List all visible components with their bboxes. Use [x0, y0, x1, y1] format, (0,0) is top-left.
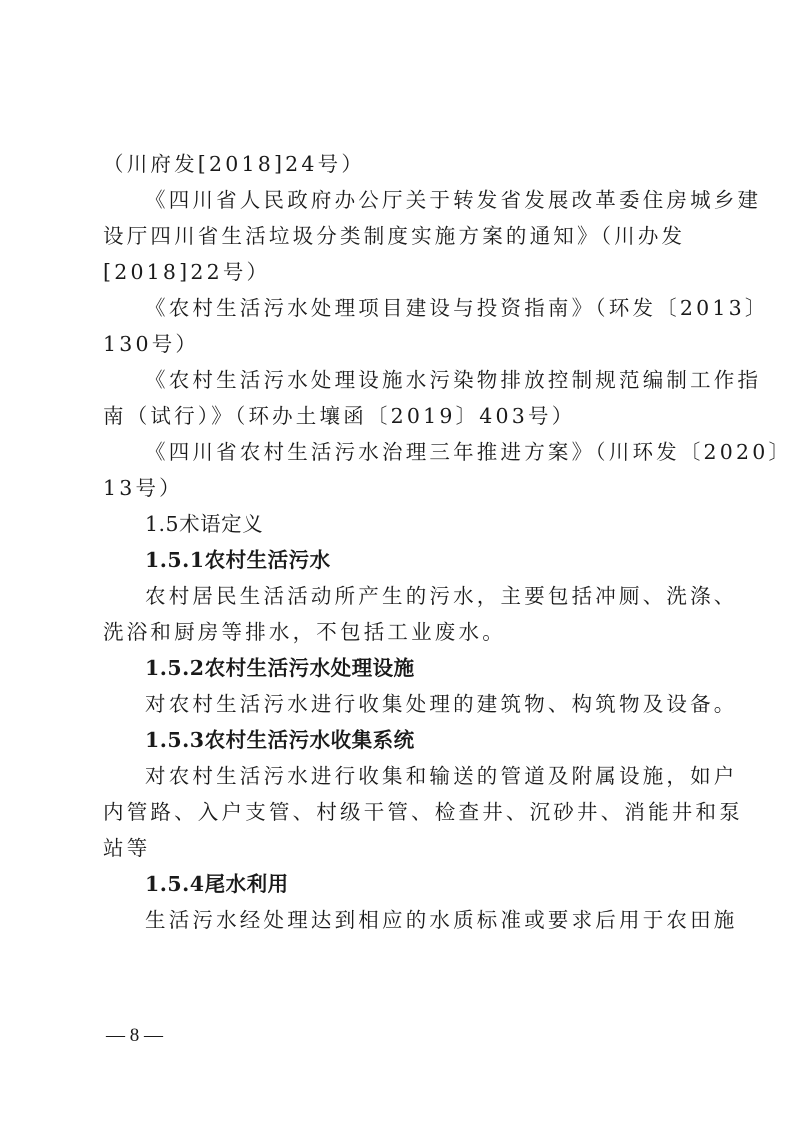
reference-line: （川府发[2018]24号）: [103, 146, 703, 182]
term-heading-collection-system: 1.5.3农村生活污水收集系统: [103, 722, 703, 758]
page-number: — 8 —: [106, 1022, 163, 1050]
reference-title: 《农村生活污水处理设施水污染物排放控制规范编制工作指: [103, 362, 703, 398]
reference-line: 13号）: [103, 470, 703, 506]
section-heading-terms: 1.5术语定义: [103, 506, 703, 542]
term-heading-treatment-facility: 1.5.2农村生活污水处理设施: [103, 650, 703, 686]
definition-text: 洗浴和厨房等排水，不包括工业废水。: [103, 614, 703, 650]
document-page: （川府发[2018]24号） 《四川省人民政府办公厅关于转发省发展改革委住房城乡…: [103, 146, 703, 938]
definition-text: 农村居民生活活动所产生的污水，主要包括冲厕、洗涤、: [103, 578, 703, 614]
definition-text: 对农村生活污水进行收集和输送的管道及附属设施，如户: [103, 758, 703, 794]
definition-text: 内管路、入户支管、村级干管、检查井、沉砂井、消能井和泵: [103, 794, 703, 830]
reference-title: 《四川省农村生活污水治理三年推进方案》（川环发〔2020〕: [103, 434, 703, 470]
term-heading-effluent-reuse: 1.5.4尾水利用: [103, 866, 703, 902]
reference-line: [2018]22号）: [103, 254, 703, 290]
definition-text: 对农村生活污水进行收集处理的建筑物、构筑物及设备。: [103, 686, 703, 722]
reference-title: 《四川省人民政府办公厅关于转发省发展改革委住房城乡建: [103, 182, 703, 218]
reference-line: 130号）: [103, 326, 703, 362]
definition-text: 站等: [103, 830, 703, 866]
definition-text: 生活污水经处理达到相应的水质标准或要求后用于农田施: [103, 902, 703, 938]
reference-title: 《农村生活污水处理项目建设与投资指南》（环发〔2013〕: [103, 290, 703, 326]
reference-line: 南（试行）》（环办土壤函〔2019〕403号）: [103, 398, 703, 434]
reference-line: 设厅四川省生活垃圾分类制度实施方案的通知》（川办发: [103, 218, 703, 254]
term-heading-rural-sewage: 1.5.1农村生活污水: [103, 542, 703, 578]
